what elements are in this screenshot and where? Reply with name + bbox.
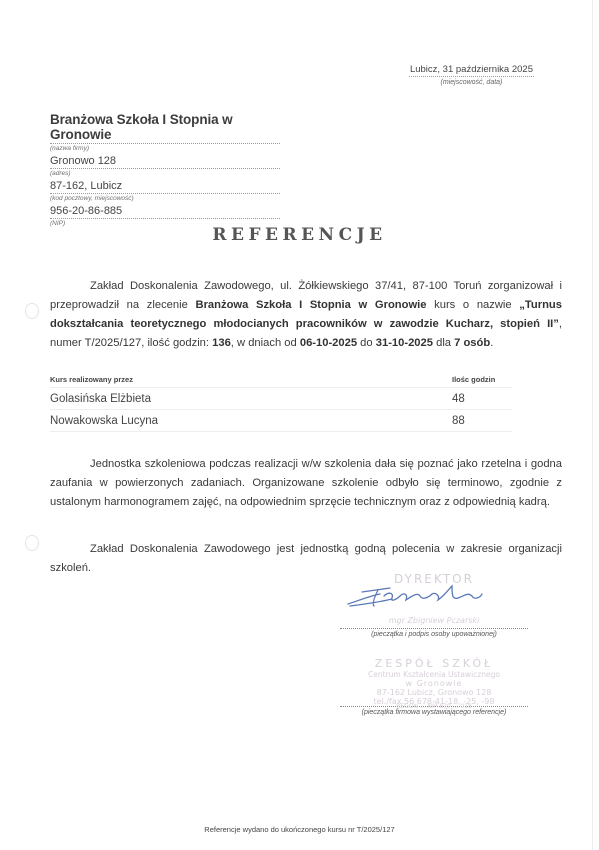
company-name: Branżowa Szkoła I Stopnia w Gronowie (50, 112, 280, 144)
punch-hole (25, 535, 39, 551)
company-nip: 956-20-86-885 (50, 205, 280, 219)
document-title: REFERENCJE (0, 225, 599, 245)
company-stamp-line: REGON ... NIP 879 ... 018 (340, 706, 528, 707)
company-stamp-block: ZESPÓŁ SZKÓŁ Centrum Kształcenia Ustawic… (340, 657, 528, 716)
place-date-caption: (miejscowość, data) (409, 79, 534, 86)
header-hours: Ilośc godzin (452, 375, 512, 384)
company-address: Gronowo 128 (50, 155, 280, 169)
place-date-block: Lubicz, 31 października 2025 (miejscowoś… (409, 64, 534, 86)
stamp-line: Centrum Kształcenia Ustawicznego (340, 670, 528, 679)
place-date: Lubicz, 31 października 2025 (409, 64, 534, 77)
p3-text: Zakład Doskonalenia Zawodowego jest jedn… (50, 543, 562, 574)
p1-text: do (357, 337, 376, 349)
company-address-caption: (adres) (50, 170, 280, 177)
instructor-hours: 48 (452, 393, 512, 405)
signature-icon (340, 582, 528, 612)
punch-hole (25, 303, 39, 319)
p1-hours: 136 (212, 337, 231, 349)
signature-caption: (pieczątka i podpis osoby upoważnionej) (340, 631, 528, 638)
company-name-caption: (nazwa firmy) (50, 145, 280, 152)
paragraph-assessment: Jednostka szkoleniowa podczas realizacji… (50, 455, 562, 512)
p1-text: , ilość godzin: (141, 337, 212, 349)
signature-line (340, 628, 528, 629)
p1-text: dla (433, 337, 454, 349)
director-stamp-name: mgr Zbigniew Pczarski (340, 616, 528, 625)
p1-client: Branżowa Szkoła I Stopnia w Gronowie (195, 299, 426, 311)
paragraph-organizer: Zakład Doskonalenia Zawodowego, ul. Żółk… (50, 277, 562, 353)
table-row: Golasińska Elżbieta 48 (50, 388, 512, 410)
page-edge (592, 0, 593, 850)
footer-note: Referencje wydano do ukończonego kursu n… (0, 825, 599, 834)
instructor-name: Nowakowska Lucyna (50, 415, 158, 427)
p1-text: . (490, 337, 493, 349)
company-postal-city-caption: (kod pocztowy, miejscowość) (50, 195, 280, 202)
instructor-hours: 88 (452, 415, 512, 427)
instructor-name: Golasińska Elżbieta (50, 393, 151, 405)
p1-date-from: 06-10-2025 (300, 337, 357, 349)
header-instructor: Kurs realizowany przez (50, 375, 133, 384)
stamp-line: 87-162 Lubicz, Gronowo 128 (340, 688, 528, 697)
table-row: Nowakowska Lucyna 88 (50, 410, 512, 432)
stamp-line: ZESPÓŁ SZKÓŁ (340, 657, 528, 670)
p1-date-to: 31-10-2025 (376, 337, 433, 349)
p1-course-number: T/2025/127 (85, 337, 142, 349)
signature-block: DYREKTOR mgr Zbigniew Pczarski (pieczątk… (340, 572, 528, 638)
p1-text: kurs o nazwie (426, 299, 519, 311)
stamp-line: w Gronowie (340, 679, 528, 688)
p1-text: , w dniach od (231, 337, 300, 349)
p1-people: 7 osób (454, 337, 490, 349)
company-stamp-caption: (pieczątka firmowa wystawiającego refere… (340, 709, 528, 716)
company-postal-city: 87-162, Lubicz (50, 180, 280, 194)
company-block: Branżowa Szkoła I Stopnia w Gronowie (na… (50, 112, 280, 230)
courses-table: Kurs realizowany przez Ilośc godzin Gola… (50, 375, 512, 432)
stamp-line: REGON ... NIP 879 ... 018 (340, 703, 528, 710)
courses-table-header: Kurs realizowany przez Ilośc godzin (50, 375, 512, 388)
p2-text: Jednostka szkoleniowa podczas realizacji… (50, 458, 562, 508)
